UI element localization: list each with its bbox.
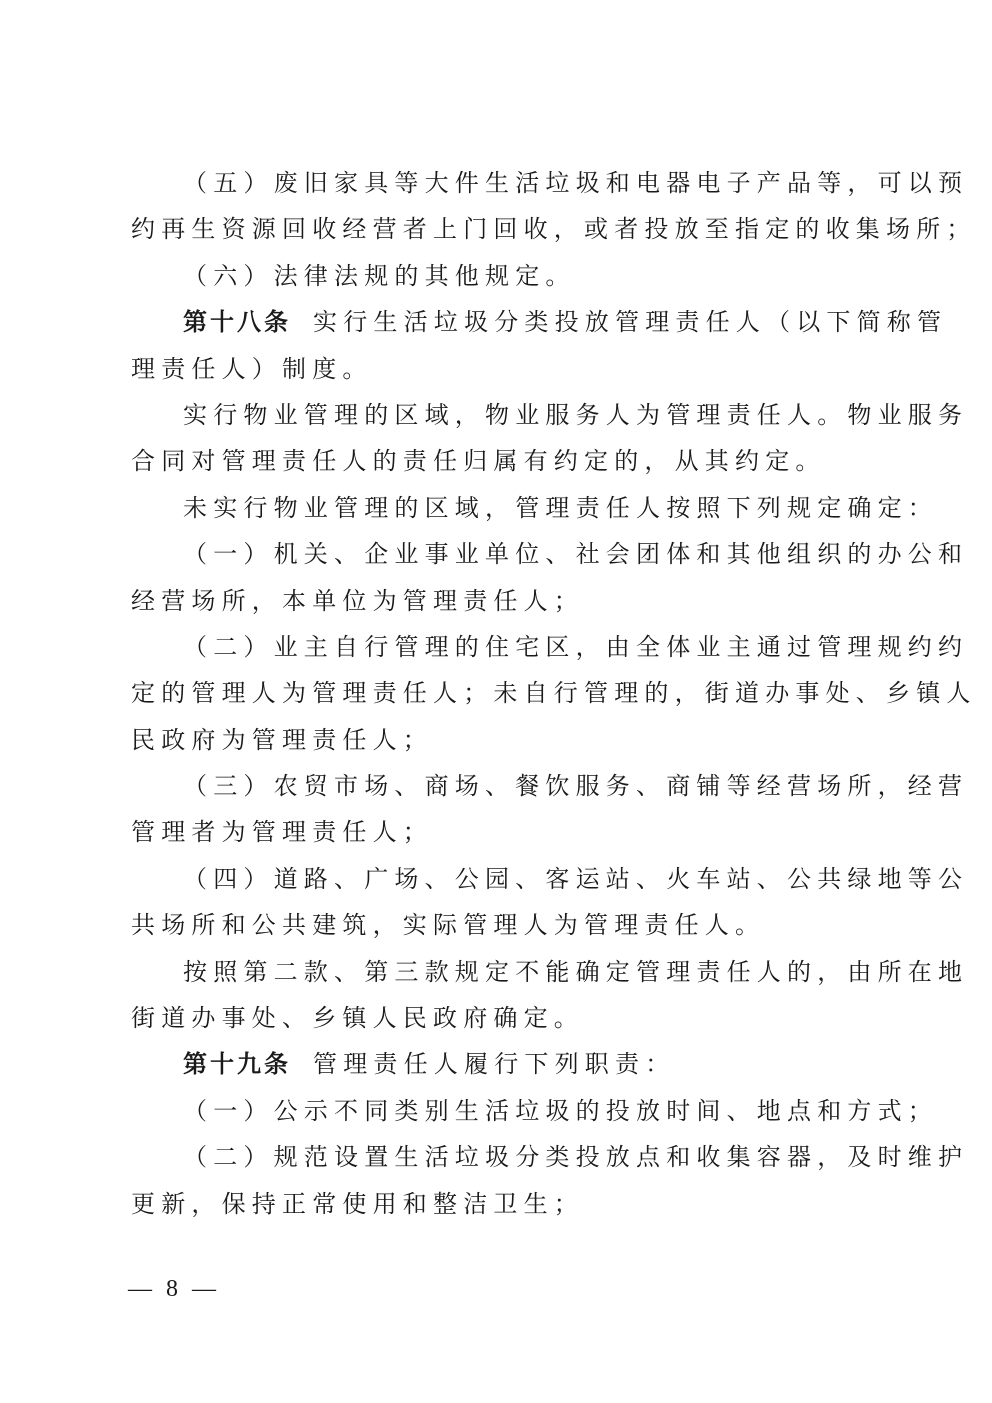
- line-text: 经营场所，本单位为管理责任人；: [131, 587, 584, 615]
- line-text: （五）废旧家具等大件生活垃圾和电器电子产品等，可以预: [183, 169, 968, 197]
- line-text: 民政府为管理责任人；: [131, 726, 433, 754]
- text-line: 合同对管理责任人的责任归属有约定的，从其约定。: [131, 438, 871, 484]
- text-line: （五）废旧家具等大件生活垃圾和电器电子产品等，可以预: [131, 160, 871, 206]
- text-line: （六）法律法规的其他规定。: [131, 253, 871, 299]
- line-text: （二）业主自行管理的住宅区，由全体业主通过管理规约约: [183, 633, 968, 661]
- text-line: （三）农贸市场、商场、餐饮服务、商铺等经营场所，经营: [131, 763, 871, 809]
- line-text: 合同对管理责任人的责任归属有约定的，从其约定。: [131, 447, 826, 475]
- line-text: 理责任人）制度。: [131, 355, 373, 383]
- text-line: 第十八条实行生活垃圾分类投放管理责任人（以下简称管: [131, 299, 871, 345]
- document-body: （五）废旧家具等大件生活垃圾和电器电子产品等，可以预约再生资源回收经营者上门回收…: [131, 160, 871, 1227]
- page-number: — 8 —: [128, 1276, 220, 1303]
- text-line: 民政府为管理责任人；: [131, 717, 871, 763]
- line-text: 实行生活垃圾分类投放管理责任人（以下简称管: [313, 308, 947, 336]
- text-line: 共场所和公共建筑，实际管理人为管理责任人。: [131, 902, 871, 948]
- line-text: 约再生资源回收经营者上门回收，或者投放至指定的收集场所；: [131, 215, 977, 243]
- line-text: （三）农贸市场、商场、餐饮服务、商铺等经营场所，经营: [183, 772, 968, 800]
- text-line: 理责任人）制度。: [131, 346, 871, 392]
- text-line: 第十九条管理责任人履行下列职责：: [131, 1041, 871, 1087]
- line-text: 未实行物业管理的区域，管理责任人按照下列规定确定：: [183, 494, 938, 522]
- line-text: 管理者为管理责任人；: [131, 818, 433, 846]
- text-line: 按照第二款、第三款规定不能确定管理责任人的，由所在地: [131, 949, 871, 995]
- line-text: （一）机关、企业事业单位、社会团体和其他组织的办公和: [183, 540, 968, 568]
- line-text: 按照第二款、第三款规定不能确定管理责任人的，由所在地: [183, 958, 968, 986]
- text-line: 街道办事处、乡镇人民政府确定。: [131, 995, 871, 1041]
- article-heading: 第十八条: [183, 307, 291, 336]
- text-line: （一）公示不同类别生活垃圾的投放时间、地点和方式；: [131, 1088, 871, 1134]
- line-text: （一）公示不同类别生活垃圾的投放时间、地点和方式；: [183, 1097, 938, 1125]
- line-text: 更新，保持正常使用和整洁卫生；: [131, 1190, 584, 1218]
- text-line: 管理者为管理责任人；: [131, 809, 871, 855]
- document-page: （五）废旧家具等大件生活垃圾和电器电子产品等，可以预约再生资源回收经营者上门回收…: [0, 0, 992, 1403]
- line-text: 共场所和公共建筑，实际管理人为管理责任人。: [131, 911, 765, 939]
- text-line: （一）机关、企业事业单位、社会团体和其他组织的办公和: [131, 531, 871, 577]
- line-text: （四）道路、广场、公园、客运站、火车站、公共绿地等公: [183, 865, 968, 893]
- text-line: 定的管理人为管理责任人；未自行管理的，街道办事处、乡镇人: [131, 670, 871, 716]
- line-text: 管理责任人履行下列职责：: [313, 1050, 675, 1078]
- line-text: （六）法律法规的其他规定。: [183, 262, 576, 290]
- text-line: （四）道路、广场、公园、客运站、火车站、公共绿地等公: [131, 856, 871, 902]
- text-line: 实行物业管理的区域，物业服务人为管理责任人。物业服务: [131, 392, 871, 438]
- text-line: 更新，保持正常使用和整洁卫生；: [131, 1181, 871, 1227]
- article-heading: 第十九条: [183, 1049, 291, 1078]
- line-text: 定的管理人为管理责任人；未自行管理的，街道办事处、乡镇人: [131, 679, 977, 707]
- text-line: 约再生资源回收经营者上门回收，或者投放至指定的收集场所；: [131, 206, 871, 252]
- text-line: （二）规范设置生活垃圾分类投放点和收集容器，及时维护: [131, 1134, 871, 1180]
- text-line: 未实行物业管理的区域，管理责任人按照下列规定确定：: [131, 485, 871, 531]
- line-text: （二）规范设置生活垃圾分类投放点和收集容器，及时维护: [183, 1143, 968, 1171]
- text-line: 经营场所，本单位为管理责任人；: [131, 578, 871, 624]
- text-line: （二）业主自行管理的住宅区，由全体业主通过管理规约约: [131, 624, 871, 670]
- line-text: 实行物业管理的区域，物业服务人为管理责任人。物业服务: [183, 401, 968, 429]
- line-text: 街道办事处、乡镇人民政府确定。: [131, 1004, 584, 1032]
